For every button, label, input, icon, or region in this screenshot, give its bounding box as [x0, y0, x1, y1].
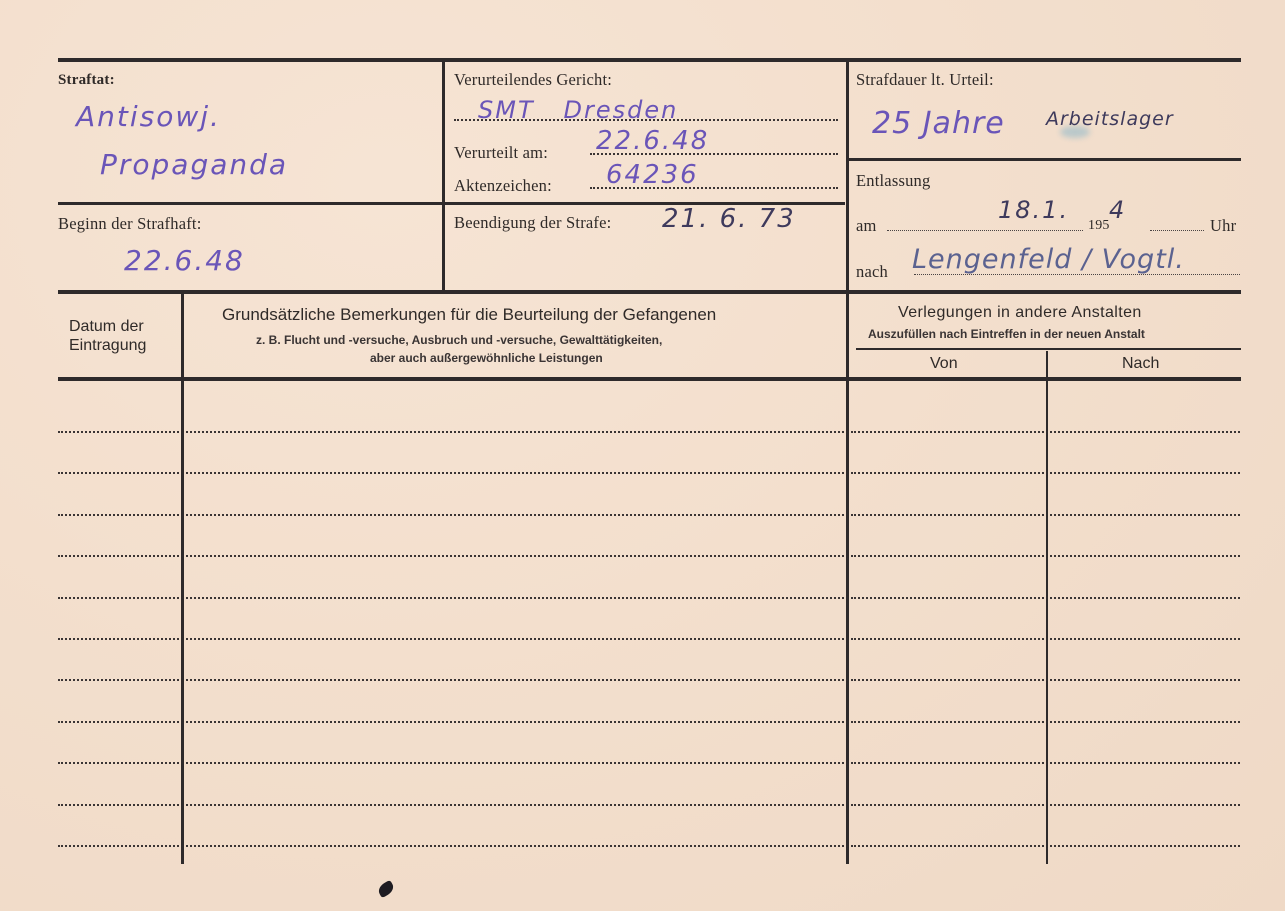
aktenzeichen-dotted-line [590, 187, 838, 189]
row-date-cell[interactable] [58, 679, 179, 681]
row-nach-cell[interactable] [1050, 804, 1240, 806]
row-remarks-cell[interactable] [186, 845, 844, 847]
row-nach-cell[interactable] [1050, 721, 1240, 723]
entlassung-nach-label: nach [856, 262, 888, 282]
row-nach-cell[interactable] [1050, 431, 1240, 433]
row-remarks-cell[interactable] [186, 679, 844, 681]
row-date-cell[interactable] [58, 472, 179, 474]
row-nach-cell[interactable] [1050, 514, 1240, 516]
row-von-cell[interactable] [851, 555, 1044, 557]
col-date-line1: Datum der [69, 318, 144, 336]
col-remarks-sub2: aber auch außergewöhnliche Leistungen [370, 351, 603, 365]
row-von-cell[interactable] [851, 514, 1044, 516]
right-mid-rule [849, 158, 1241, 161]
entlassung-am-label: am [856, 216, 877, 236]
row-nach-cell[interactable] [1050, 638, 1240, 640]
col-transfers-title: Verlegungen in andere Anstalten [898, 304, 1142, 322]
row-remarks-cell[interactable] [186, 472, 844, 474]
row-von-cell[interactable] [851, 804, 1044, 806]
row-nach-cell[interactable] [1050, 472, 1240, 474]
row-von-cell[interactable] [851, 431, 1044, 433]
row-nach-cell[interactable] [1050, 555, 1240, 557]
row-remarks-cell[interactable] [186, 762, 844, 764]
row-date-cell[interactable] [58, 514, 179, 516]
row-date-cell[interactable] [58, 597, 179, 599]
row-von-cell[interactable] [851, 679, 1044, 681]
row-remarks-cell[interactable] [186, 555, 844, 557]
entlassung-uhr-dotted-line [1150, 230, 1204, 231]
table-divider-date [181, 294, 184, 864]
straftat-label: Straftat: [58, 72, 115, 89]
row-von-cell[interactable] [851, 845, 1044, 847]
top-border-rule [58, 58, 1241, 62]
col-remarks-sub1: z. B. Flucht und -versuche, Ausbruch und… [256, 333, 662, 347]
beginn-strafhaft-label: Beginn der Strafhaft: [58, 214, 202, 234]
verurteilt-am-value[interactable]: 22.6.48 [596, 126, 709, 156]
table-divider-von-nach [1046, 351, 1048, 864]
entlassung-nach-value[interactable]: Lengenfeld / Vogtl. [912, 244, 1185, 275]
top-divider-right [846, 62, 849, 290]
row-date-cell[interactable] [58, 721, 179, 723]
row-date-cell[interactable] [58, 845, 179, 847]
aktenzeichen-value[interactable]: 64236 [606, 160, 699, 190]
strafdauer-extra-value[interactable]: Arbeitslager [1046, 108, 1174, 130]
ink-spot [376, 880, 396, 898]
straftat-value-line1[interactable]: Antisowj. [76, 100, 221, 133]
top-divider-left [442, 62, 445, 290]
table-divider-transfers [846, 294, 849, 864]
row-von-cell[interactable] [851, 638, 1044, 640]
row-nach-cell[interactable] [1050, 679, 1240, 681]
entlassung-label: Entlassung [856, 171, 930, 191]
aktenzeichen-label: Aktenzeichen: [454, 176, 552, 196]
beginn-strafhaft-value[interactable]: 22.6.48 [124, 244, 245, 277]
row-date-cell[interactable] [58, 762, 179, 764]
beendigung-strafe-value[interactable]: 21. 6. 73 [662, 204, 796, 234]
col-von: Von [930, 355, 958, 373]
row-date-cell[interactable] [58, 555, 179, 557]
row-nach-cell[interactable] [1050, 597, 1240, 599]
row-von-cell[interactable] [851, 597, 1044, 599]
row-remarks-cell[interactable] [186, 431, 844, 433]
row-von-cell[interactable] [851, 721, 1044, 723]
row-remarks-cell[interactable] [186, 597, 844, 599]
straftat-value-line2[interactable]: Propaganda [100, 148, 288, 181]
table-top-rule [58, 290, 1241, 294]
strafdauer-value[interactable]: 25 Jahre [872, 106, 1005, 141]
strafdauer-label: Strafdauer lt. Urteil: [856, 70, 994, 90]
row-date-cell[interactable] [58, 804, 179, 806]
row-remarks-cell[interactable] [186, 721, 844, 723]
entlassung-uhr-label: Uhr [1210, 216, 1236, 236]
row-remarks-cell[interactable] [186, 514, 844, 516]
row-von-cell[interactable] [851, 472, 1044, 474]
beendigung-strafe-label: Beendigung der Strafe: [454, 213, 611, 233]
entlassung-year-printed: 195 [1088, 218, 1110, 234]
gericht-dotted-line [454, 119, 838, 121]
col-date-line2: Eintragung [69, 337, 146, 355]
verurteilt-am-label: Verurteilt am: [454, 143, 548, 163]
entlassung-am-value[interactable]: 18.1. [998, 196, 1069, 224]
row-remarks-cell[interactable] [186, 638, 844, 640]
col-nach: Nach [1122, 355, 1159, 373]
verurteilt-am-dotted-line [590, 153, 838, 155]
row-von-cell[interactable] [851, 762, 1044, 764]
row-date-cell[interactable] [58, 638, 179, 640]
row-nach-cell[interactable] [1050, 845, 1240, 847]
transfers-subheader-rule [856, 348, 1241, 350]
table-header-bottom-rule [58, 377, 1241, 381]
entlassung-year-handwritten[interactable]: 4 [1109, 196, 1126, 224]
entlassung-am-dotted-line [887, 230, 1083, 231]
row-date-cell[interactable] [58, 431, 179, 433]
col-remarks-title: Grundsätzliche Bemerkungen für die Beurt… [222, 305, 716, 325]
row-remarks-cell[interactable] [186, 804, 844, 806]
row-nach-cell[interactable] [1050, 762, 1240, 764]
verurteilendes-gericht-label: Verurteilendes Gericht: [454, 70, 612, 90]
col-transfers-subtitle: Auszufüllen nach Eintreffen in der neuen… [868, 327, 1145, 341]
